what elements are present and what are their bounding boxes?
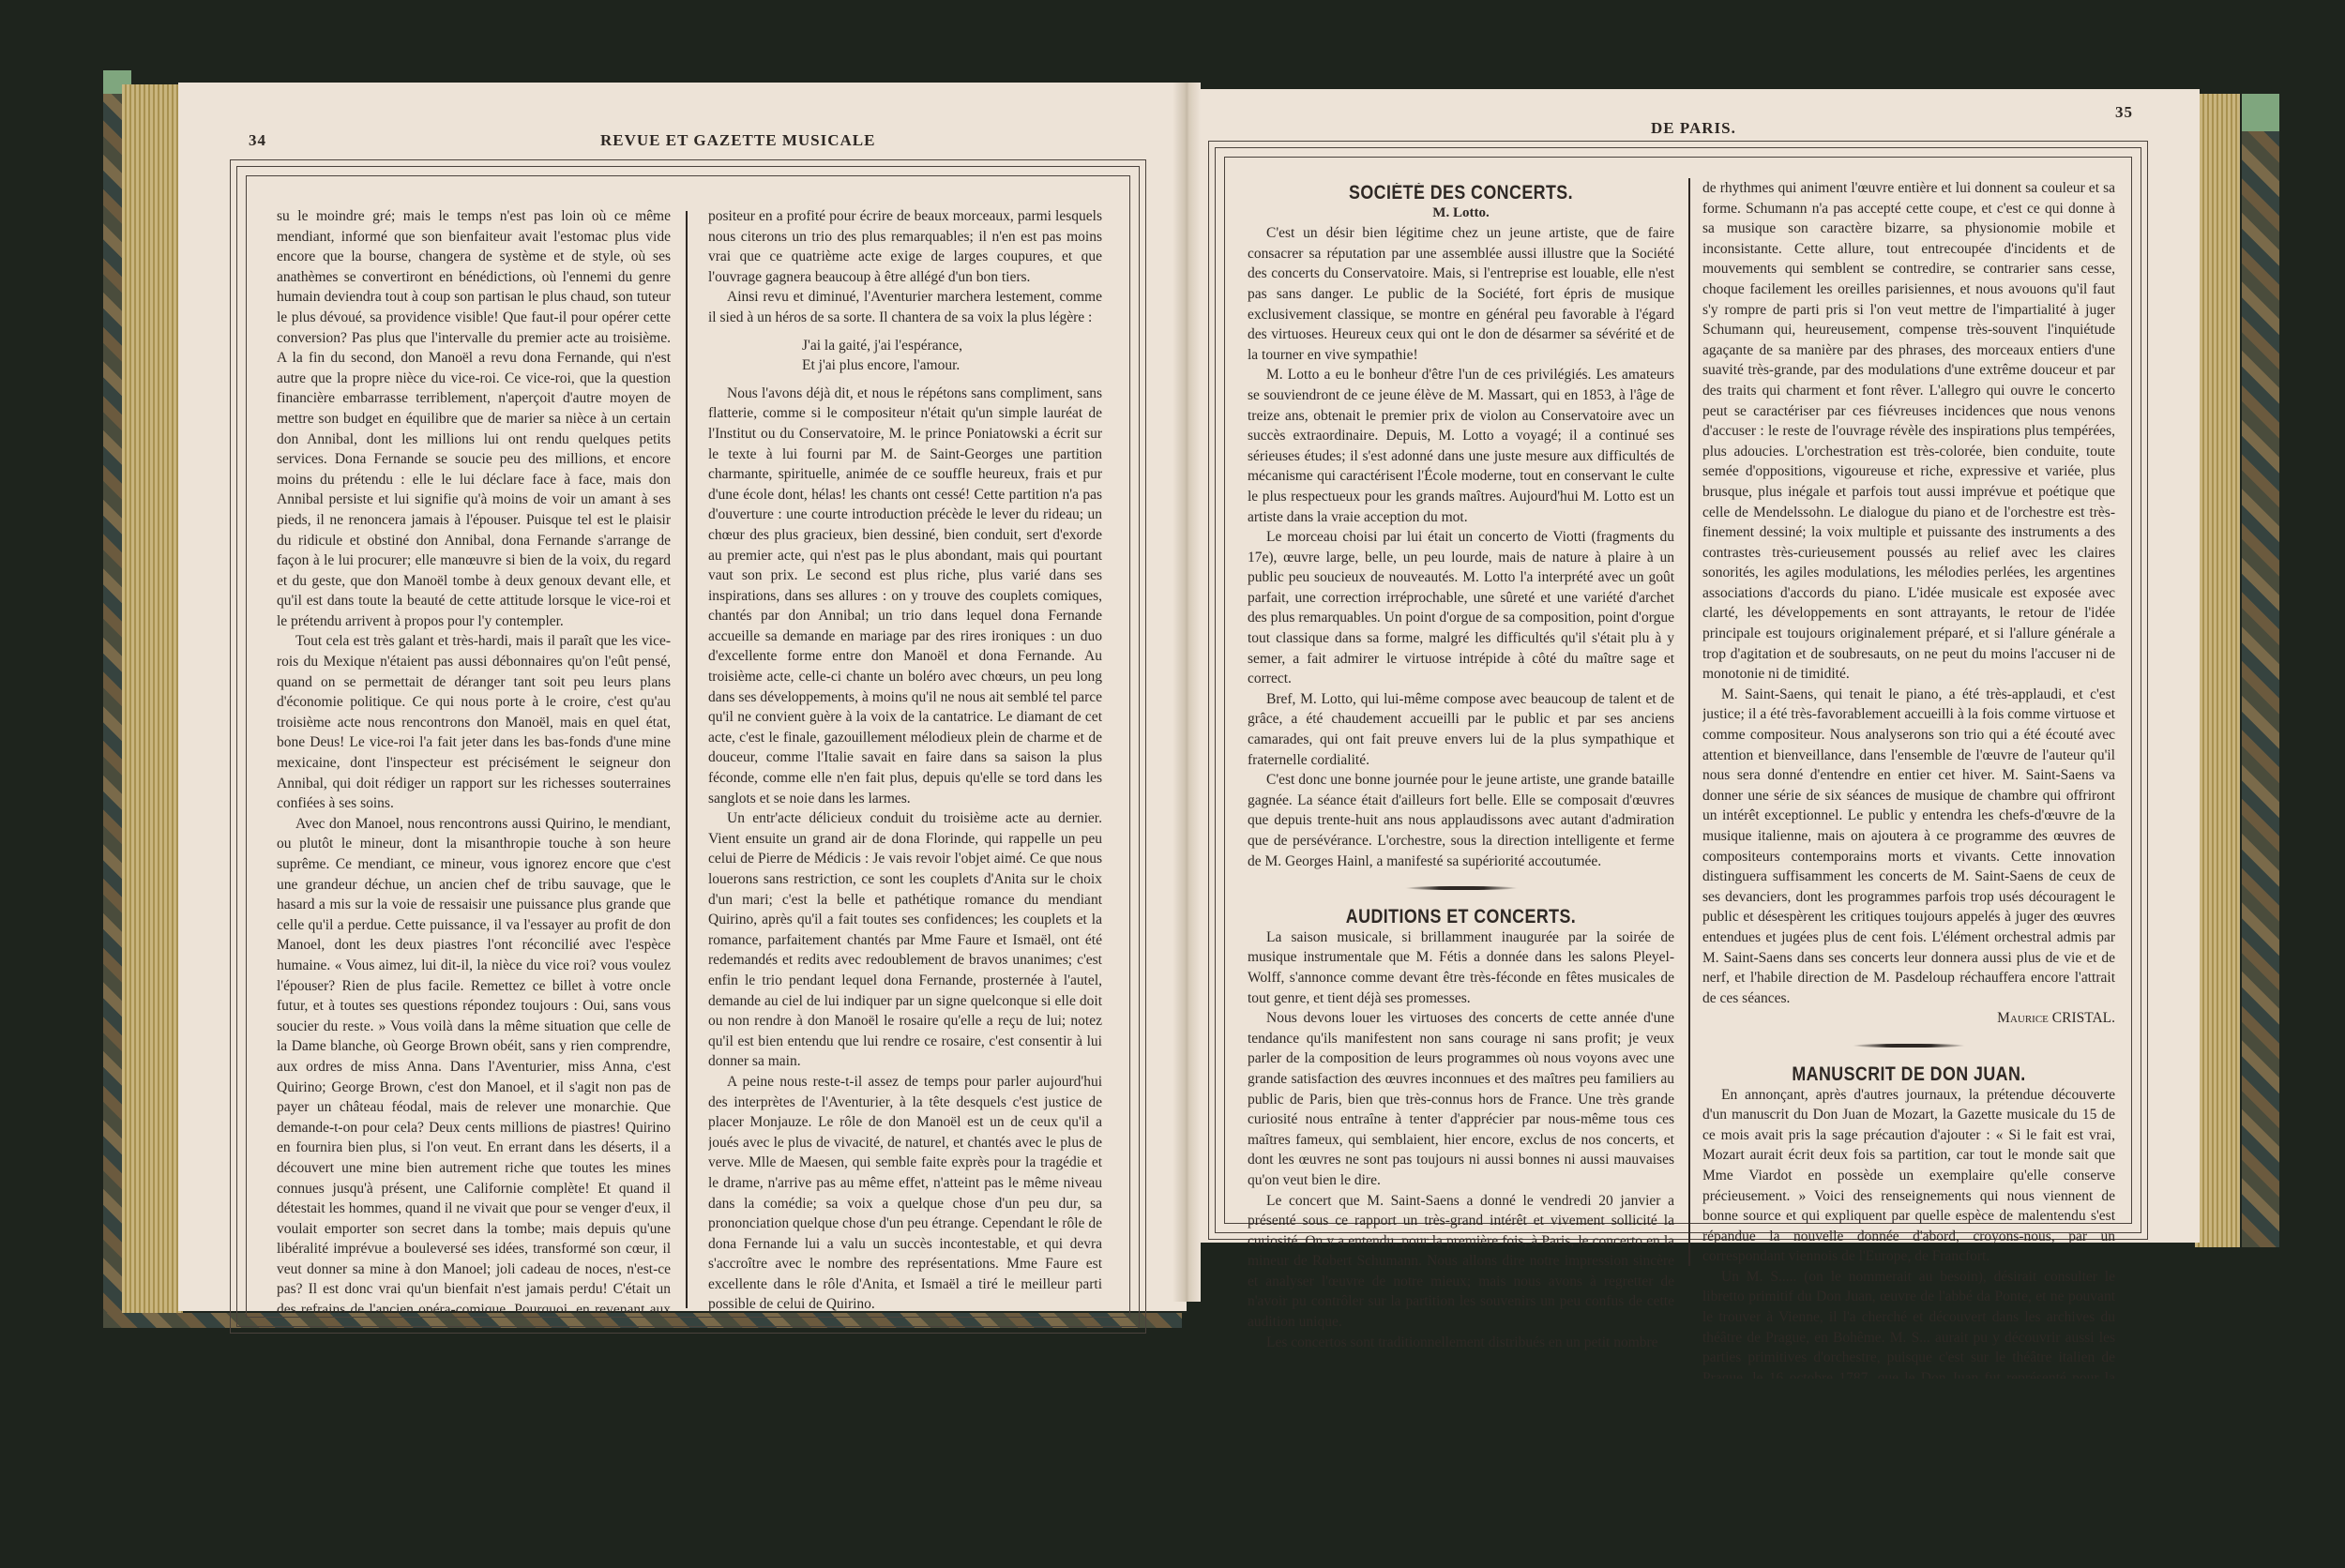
- ornamental-rule: [1405, 886, 1518, 890]
- paragraph: positeur en a profité pour écrire de bea…: [708, 206, 1102, 287]
- paragraph: En annonçant, après d'autres journaux, l…: [1702, 1085, 2115, 1267]
- right-column-2: de rhythmes qui animent l'œuvre entière …: [1702, 178, 2115, 1379]
- left-column-2: positeur en a profité pour écrire de bea…: [708, 206, 1102, 1313]
- paragraph: Les concertos sont traditionnellement di…: [1248, 1333, 1674, 1353]
- paragraph: C'est un désir bien légitime chez un jeu…: [1248, 223, 1674, 365]
- ornamental-rule: [1853, 1044, 1965, 1048]
- paragraph: Avec don Manoel, nous rencontrons aussi …: [277, 814, 671, 1313]
- right-column-1: SOCIÉTÉ DES CONCERTS. M. Lotto. C'est un…: [1248, 183, 1674, 1383]
- paragraph: Nous l'avons déjà dit, et nous le répéto…: [708, 384, 1102, 808]
- paragraph: Nous devons louer les virtuoses des conc…: [1248, 1008, 1674, 1190]
- paragraph: M. Saint-Saens, qui tenait le piano, a é…: [1702, 685, 2115, 1009]
- book-cover-right: [2242, 94, 2279, 1247]
- verse-line: J'ai la gaité, j'ai l'espérance,: [802, 336, 1102, 356]
- paragraph: Un entr'acte délicieux conduit du troisi…: [708, 808, 1102, 1072]
- paragraph: Le concert que M. Saint-Saens a donné le…: [1248, 1191, 1674, 1333]
- page-edges-left: [122, 84, 183, 1313]
- page-number-right: 35: [2115, 103, 2133, 122]
- paragraph: Bref, M. Lotto, qui lui-même compose ave…: [1248, 689, 1674, 770]
- paragraph: La saison musicale, si brillamment inaug…: [1248, 927, 1674, 1008]
- paragraph: de rhythmes qui animent l'œuvre entière …: [1702, 178, 2115, 685]
- paragraph: A peine nous reste-t-il assez de temps p…: [708, 1072, 1102, 1313]
- paragraph: M. Lotto a eu le bonheur d'être l'un de …: [1248, 365, 1674, 527]
- book-gutter: [1172, 83, 1201, 1302]
- signature: Maurice CRISTAL.: [1702, 1008, 2115, 1029]
- column-divider-left: [686, 211, 688, 1308]
- cover-corner-right: [2242, 94, 2279, 131]
- section-subtitle: M. Lotto.: [1248, 204, 1674, 224]
- page-number-left: 34: [249, 131, 266, 150]
- running-head-left: REVUE ET GAZETTE MUSICALE: [600, 131, 875, 150]
- paragraph: su le moindre gré; mais le temps n'est p…: [277, 206, 671, 631]
- paragraph: Ainsi revu et diminué, l'Aventurier marc…: [708, 287, 1102, 327]
- verse-line: Et j'ai plus encore, l'amour.: [802, 355, 1102, 376]
- section-title: SOCIÉTÉ DES CONCERTS.: [1279, 183, 1642, 204]
- paragraph: Tout cela est très galant et très-hardi,…: [277, 631, 671, 813]
- running-head-right: DE PARIS.: [1651, 119, 1736, 138]
- section-title: AUDITIONS ET CONCERTS.: [1279, 907, 1642, 927]
- paragraph: C'est donc une bonne journée pour le jeu…: [1248, 770, 1674, 871]
- section-title: MANUSCRIT DE DON JUAN.: [1733, 1064, 2084, 1085]
- column-divider-right: [1688, 178, 1690, 1266]
- page-edges-right: [2195, 94, 2240, 1247]
- paragraph: Le morceau choisi par lui était un conce…: [1248, 527, 1674, 689]
- left-column-1: su le moindre gré; mais le temps n'est p…: [277, 206, 671, 1313]
- paragraph: Un M. S..... (on le nommerait au besoin)…: [1702, 1267, 2115, 1379]
